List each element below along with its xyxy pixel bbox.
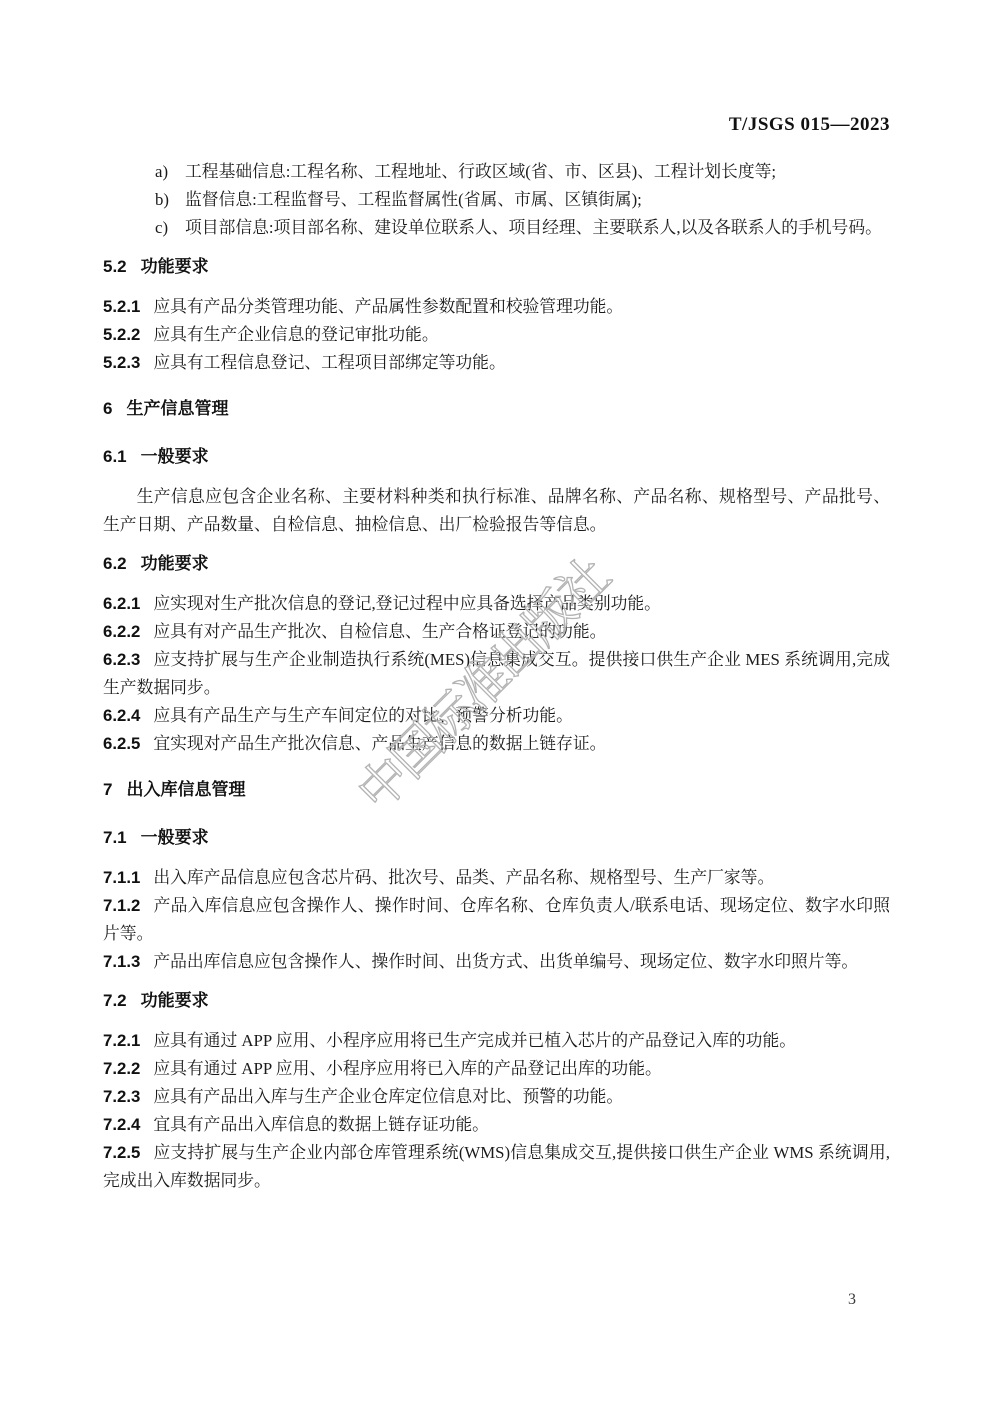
section-number: 7.2 — [103, 991, 127, 1010]
clause-number: 7.2.2 — [103, 1059, 140, 1078]
clause-7-2-1: 7.2.1应具有通过 APP 应用、小程序应用将已生产完成并已植入芯片的产品登记… — [103, 1027, 890, 1055]
section-title: 功能要求 — [141, 991, 209, 1010]
clause-text: 产品入库信息应包含操作人、操作时间、仓库名称、仓库负责人/联系电话、现场定位、数… — [103, 896, 890, 943]
clause-text: 宜实现对产品生产批次信息、产品生产信息的数据上链存证。 — [153, 734, 606, 753]
section-title: 一般要求 — [141, 828, 209, 847]
clause-text: 出入库产品信息应包含芯片码、批次号、品类、产品名称、规格型号、生产厂家等。 — [153, 868, 774, 887]
clause-5-2-3: 5.2.3应具有工程信息登记、工程项目部绑定等功能。 — [103, 349, 890, 377]
clause-text: 应支持扩展与生产企业制造执行系统(MES)信息集成交互。提供接口供生产企业 ME… — [103, 650, 890, 697]
clause-text: 应具有工程信息登记、工程项目部绑定等功能。 — [153, 353, 505, 372]
section-heading-7-2: 7.2功能要求 — [103, 987, 890, 1015]
clause-number: 5.2.1 — [103, 297, 140, 316]
clause-text: 应具有产品生产与生产车间定位的对比、预警分析功能。 — [153, 706, 573, 725]
clause-number: 7.2.1 — [103, 1031, 140, 1050]
section-title: 一般要求 — [141, 447, 209, 466]
chapter-heading-6: 6生产信息管理 — [103, 395, 890, 423]
clause-7-2-2: 7.2.2应具有通过 APP 应用、小程序应用将已入库的产品登记出库的功能。 — [103, 1055, 890, 1083]
clause-text: 应具有产品出入库与生产企业仓库定位信息对比、预警的功能。 — [153, 1087, 623, 1106]
chapter-title: 出入库信息管理 — [126, 780, 245, 799]
list-text: 项目部信息:项目部名称、建设单位联系人、项目经理、主要联系人,以及各联系人的手机… — [185, 218, 882, 237]
clause-text: 应具有产品分类管理功能、产品属性参数配置和校验管理功能。 — [153, 297, 623, 316]
clause-number: 5.2.2 — [103, 325, 140, 344]
section-heading-6-2: 6.2功能要求 — [103, 550, 890, 578]
clause-7-1-2: 7.1.2产品入库信息应包含操作人、操作时间、仓库名称、仓库负责人/联系电话、现… — [103, 892, 890, 948]
clause-number: 6.2.3 — [103, 650, 140, 669]
clause-text: 应具有对产品生产批次、自检信息、生产合格证登记的功能。 — [153, 622, 606, 641]
clause-number: 7.2.4 — [103, 1115, 140, 1134]
list-marker: c) — [155, 214, 168, 242]
clause-6-2-3: 6.2.3应支持扩展与生产企业制造执行系统(MES)信息集成交互。提供接口供生产… — [103, 646, 890, 702]
clause-6-2-1: 6.2.1应实现对生产批次信息的登记,登记过程中应具备选择产品类别功能。 — [103, 590, 890, 618]
clause-7-2-4: 7.2.4宜具有产品出入库信息的数据上链存证功能。 — [103, 1111, 890, 1139]
clause-number: 6.2.5 — [103, 734, 140, 753]
page-number: 3 — [848, 1290, 856, 1310]
paragraph-6-1: 生产信息应包含企业名称、主要材料种类和执行标准、品牌名称、产品名称、规格型号、产… — [103, 483, 890, 539]
clause-number: 7.2.3 — [103, 1087, 140, 1106]
chapter-number: 7 — [103, 780, 112, 799]
list-text: 工程基础信息:工程名称、工程地址、行政区域(省、市、区县)、工程计划长度等; — [185, 162, 776, 181]
list-item-c: c)项目部信息:项目部名称、建设单位联系人、项目经理、主要联系人,以及各联系人的… — [103, 214, 890, 242]
chapter-title: 生产信息管理 — [126, 399, 228, 418]
document-content: a)工程基础信息:工程名称、工程地址、行政区域(省、市、区县)、工程计划长度等;… — [103, 158, 890, 1195]
clause-6-2-2: 6.2.2应具有对产品生产批次、自检信息、生产合格证登记的功能。 — [103, 618, 890, 646]
clause-6-2-5: 6.2.5宜实现对产品生产批次信息、产品生产信息的数据上链存证。 — [103, 730, 890, 758]
clause-number: 7.1.3 — [103, 952, 140, 971]
clause-text: 宜具有产品出入库信息的数据上链存证功能。 — [153, 1115, 489, 1134]
list-item-a: a)工程基础信息:工程名称、工程地址、行政区域(省、市、区县)、工程计划长度等; — [103, 158, 890, 186]
clause-number: 7.1.2 — [103, 896, 140, 915]
clause-number: 6.2.2 — [103, 622, 140, 641]
clause-number: 7.1.1 — [103, 868, 140, 887]
section-number: 5.2 — [103, 257, 127, 276]
section-heading-6-1: 6.1一般要求 — [103, 443, 890, 471]
chapter-number: 6 — [103, 399, 112, 418]
clause-7-1-3: 7.1.3产品出库信息应包含操作人、操作时间、出货方式、出货单编号、现场定位、数… — [103, 948, 890, 976]
clause-7-2-5: 7.2.5应支持扩展与生产企业内部仓库管理系统(WMS)信息集成交互,提供接口供… — [103, 1139, 890, 1195]
clause-7-1-1: 7.1.1出入库产品信息应包含芯片码、批次号、品类、产品名称、规格型号、生产厂家… — [103, 864, 890, 892]
section-title: 功能要求 — [141, 554, 209, 573]
clause-7-2-3: 7.2.3应具有产品出入库与生产企业仓库定位信息对比、预警的功能。 — [103, 1083, 890, 1111]
clause-text: 应具有通过 APP 应用、小程序应用将已入库的产品登记出库的功能。 — [153, 1059, 661, 1078]
clause-text: 应具有生产企业信息的登记审批功能。 — [153, 325, 438, 344]
list-text: 监督信息:工程监督号、工程监督属性(省属、市属、区镇街属); — [185, 190, 642, 209]
clause-6-2-4: 6.2.4应具有产品生产与生产车间定位的对比、预警分析功能。 — [103, 702, 890, 730]
chapter-heading-7: 7出入库信息管理 — [103, 776, 890, 804]
section-number: 6.1 — [103, 447, 127, 466]
list-marker: a) — [155, 158, 168, 186]
clause-text: 应支持扩展与生产企业内部仓库管理系统(WMS)信息集成交互,提供接口供生产企业 … — [103, 1143, 890, 1190]
section-heading-7-1: 7.1一般要求 — [103, 824, 890, 852]
clause-number: 6.2.1 — [103, 594, 140, 613]
section-title: 功能要求 — [141, 257, 209, 276]
list-item-b: b)监督信息:工程监督号、工程监督属性(省属、市属、区镇街属); — [103, 186, 890, 214]
clause-number: 7.2.5 — [103, 1143, 140, 1162]
section-heading-5-2: 5.2功能要求 — [103, 253, 890, 281]
document-page: 中国标准出版社 T/JSGS 015—2023 a)工程基础信息:工程名称、工程… — [0, 0, 992, 1403]
standard-number-header: T/JSGS 015—2023 — [729, 114, 890, 136]
section-number: 7.1 — [103, 828, 127, 847]
section-number: 6.2 — [103, 554, 127, 573]
clause-number: 5.2.3 — [103, 353, 140, 372]
clause-5-2-2: 5.2.2应具有生产企业信息的登记审批功能。 — [103, 321, 890, 349]
clause-number: 6.2.4 — [103, 706, 140, 725]
clause-text: 应实现对生产批次信息的登记,登记过程中应具备选择产品类别功能。 — [153, 594, 661, 613]
list-marker: b) — [155, 186, 169, 214]
clause-text: 应具有通过 APP 应用、小程序应用将已生产完成并已植入芯片的产品登记入库的功能… — [153, 1031, 796, 1050]
clause-text: 产品出库信息应包含操作人、操作时间、出货方式、出货单编号、现场定位、数字水印照片… — [153, 952, 858, 971]
clause-5-2-1: 5.2.1应具有产品分类管理功能、产品属性参数配置和校验管理功能。 — [103, 293, 890, 321]
